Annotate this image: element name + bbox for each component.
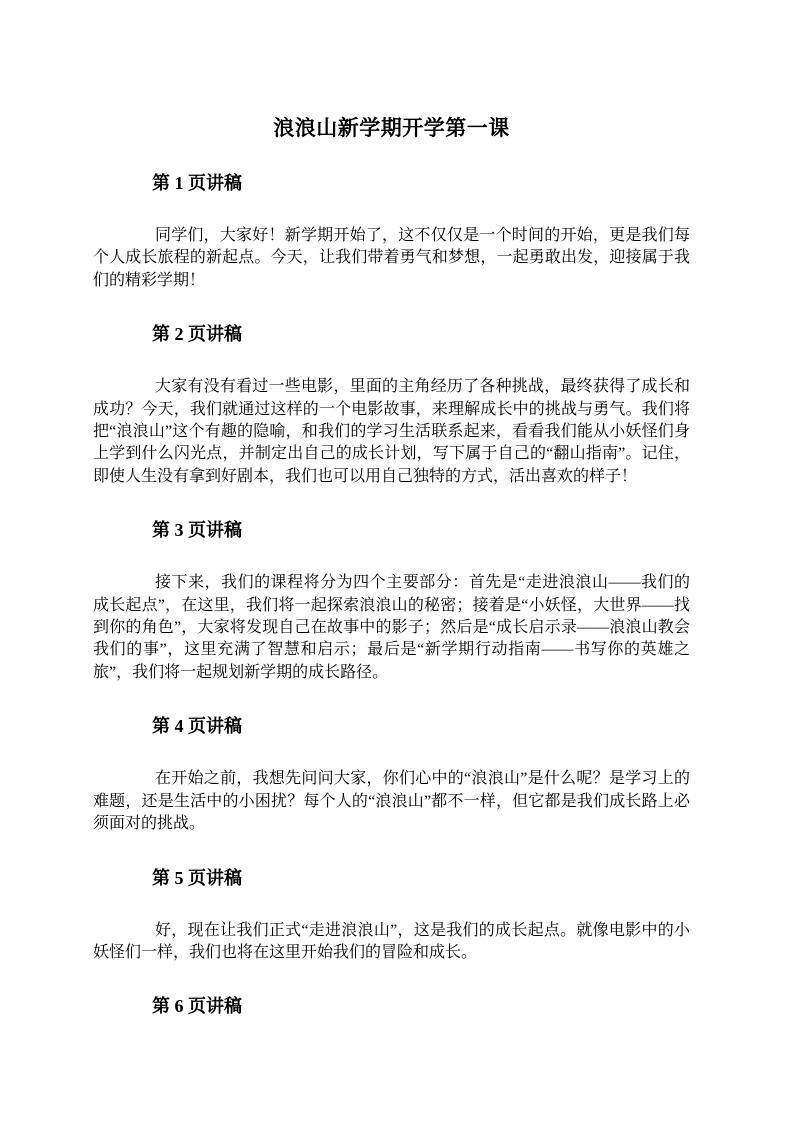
section-heading-1: 第 1 页讲稿	[93, 172, 690, 194]
document-title: 浪浪山新学期开学第一课	[93, 115, 690, 141]
section-heading-3: 第 3 页讲稿	[93, 519, 690, 541]
section-paragraph-2: 大家有没有看过一些电影，里面的主角经历了各种挑战，最终获得了成长和成功？今天，我…	[93, 376, 690, 488]
document-page: 浪浪山新学期开学第一课 第 1 页讲稿 同学们，大家好！新学期开始了，这不仅仅是…	[0, 0, 793, 1122]
section-heading-4: 第 4 页讲稿	[93, 715, 690, 737]
section-paragraph-4: 在开始之前，我想先问问大家，你们心中的“浪浪山”是什么呢？是学习上的难题，还是生…	[93, 768, 690, 835]
section-paragraph-1: 同学们，大家好！新学期开始了，这不仅仅是一个时间的开始，更是我们每个人成长旅程的…	[93, 225, 690, 292]
section-paragraph-3: 接下来，我们的课程将分为四个主要部分：首先是“走进浪浪山——我们的成长起点”，在…	[93, 572, 690, 684]
section-heading-6: 第 6 页讲稿	[93, 995, 690, 1017]
section-paragraph-5: 好，现在让我们正式“走进浪浪山”，这是我们的成长起点。就像电影中的小妖怪们一样，…	[93, 920, 690, 965]
section-heading-2: 第 2 页讲稿	[93, 323, 690, 345]
section-heading-5: 第 5 页讲稿	[93, 867, 690, 889]
